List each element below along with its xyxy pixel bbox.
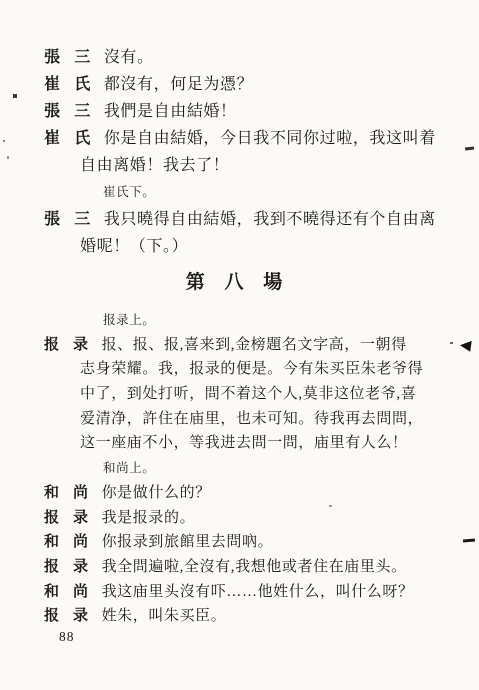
dialogue-line: 报 录报、报、报,喜来到,金榜題名文字高，一朝得 — [0, 333, 479, 358]
dialogue-line: 和 尚你是做什么的？ — [0, 481, 479, 506]
dialogue-line: 和 尚我这庙里头沒有吓……他姓什么，叫什么呀？ — [0, 580, 479, 605]
speaker-name: 張 三 — [44, 44, 91, 71]
scan-noise-dot — [13, 94, 17, 98]
dialogue-continuation-line: 自由离婚！我去了！ — [0, 152, 479, 179]
scan-noise-dot — [7, 156, 9, 159]
dialogue-continuation-line: 爱清净，許住在庙里，也未可知。待我再去問問， — [0, 407, 479, 432]
speaker-name: 張 三 — [44, 206, 91, 233]
speaker-name: 張 三 — [44, 98, 91, 125]
scene-heading: 第 八 場 — [0, 266, 479, 300]
dialogue-block-after-heading: 报录上。报 录报、报、报,喜来到,金榜題名文字高，一朝得志身荣耀。我，报录的便是… — [0, 308, 479, 629]
dialogue-text: 姓朱，叫朱买臣。 — [102, 608, 227, 624]
dialogue-line: 报 录我是报录的。 — [0, 506, 479, 531]
dialogue-text: 志身荣耀。我，报录的便是。今有朱买臣朱老爷得 — [80, 361, 423, 377]
scan-noise-dot — [450, 342, 453, 344]
dialogue-line: 报 录姓朱，叫朱买臣。 — [0, 604, 479, 629]
scanned-book-page: 張 三沒有。崔 氏都沒有，何足为憑？張 三我們是自由結婚！崔 氏你是自由結婚，今… — [0, 0, 479, 690]
speaker-name: 报 录 — [44, 506, 89, 531]
dialogue-line: 崔 氏你是自由結婚，今日我不同你过啦，我这叫着 — [0, 125, 479, 152]
dialogue-continuation-line: 中了，到处打听，問不着这个人,莫非这位老爷,喜 — [0, 382, 479, 407]
dialogue-line: 和 尚你报录到旅館里去問吶。 — [0, 530, 479, 555]
dialogue-continuation-line: 婚呢！（下。） — [0, 233, 479, 260]
dialogue-line: 張 三沒有。 — [0, 44, 479, 71]
dialogue-text: 中了，到处打听，問不着这个人,莫非这位老爷,喜 — [80, 386, 416, 402]
dialogue-line: 崔 氏都沒有，何足为憑？ — [0, 71, 479, 98]
speaker-name: 报 录 — [44, 333, 89, 358]
dialogue-text: 都沒有，何足为憑？ — [104, 76, 253, 93]
dialogue-block-before-heading: 張 三沒有。崔 氏都沒有，何足为憑？張 三我們是自由結婚！崔 氏你是自由結婚，今… — [0, 0, 479, 260]
speaker-name: 崔 氏 — [44, 125, 91, 152]
speaker-name: 和 尚 — [44, 580, 89, 605]
dialogue-text: 婚呢！（下。） — [80, 238, 188, 255]
dialogue-text: 你报录到旅館里去問吶。 — [102, 534, 274, 550]
speaker-name: 报 录 — [44, 604, 89, 629]
speaker-name: 和 尚 — [44, 481, 89, 506]
dialogue-line: 張 三我只曉得自由結婚，我到不曉得还有个自由离 — [0, 206, 479, 233]
dialogue-continuation-line: 这一座庙不小，等我进去問一問，庙里有人么！ — [0, 431, 479, 456]
dialogue-line: 張 三我們是自由結婚！ — [0, 98, 479, 125]
stage-direction-text: 和尚上。 — [103, 461, 155, 475]
dialogue-text: 我这庙里头沒有吓……他姓什么，叫什么呀？ — [102, 584, 414, 600]
margin-arrow-icon — [459, 339, 471, 351]
dialogue-text: 这一座庙不小，等我进去問一問，庙里有人么！ — [80, 435, 408, 451]
stage-direction-text: 报录上。 — [103, 313, 155, 327]
dialogue-continuation-line: 志身荣耀。我，报录的便是。今有朱买臣朱老爷得 — [0, 357, 479, 382]
dialogue-text: 你是自由結婚，今日我不同你过啦，我这叫着 — [104, 130, 436, 147]
dialogue-text: 爱清净，許住在庙里，也未可知。待我再去問問， — [80, 411, 423, 427]
stage-direction-text: 崔氏下。 — [103, 185, 155, 199]
dialogue-text: 报、报、报,喜来到,金榜題名文字高，一朝得 — [102, 337, 407, 353]
page-number: 88 — [59, 629, 75, 645]
dialogue-line: 报 录我全問遍啦,全沒有,我想他或者住在庙里头。 — [0, 555, 479, 580]
stage-direction: 崔氏下。 — [0, 179, 479, 206]
speaker-name: 和 尚 — [44, 530, 89, 555]
scan-noise-dot — [329, 505, 332, 507]
stage-direction: 和尚上。 — [0, 456, 479, 481]
dialogue-text: 我們是自由結婚！ — [104, 103, 237, 120]
speaker-name: 崔 氏 — [44, 71, 91, 98]
scan-noise-dot — [3, 140, 5, 142]
speaker-name: 报 录 — [44, 555, 89, 580]
dialogue-text: 我只曉得自由結婚，我到不曉得还有个自由离 — [104, 211, 436, 228]
dialogue-text: 我是报录的。 — [102, 510, 196, 526]
dialogue-text: 你是做什么的？ — [102, 485, 211, 501]
dialogue-text: 自由离婚！我去了！ — [80, 157, 229, 174]
dialogue-text: 沒有。 — [104, 49, 154, 66]
stage-direction: 报录上。 — [0, 308, 479, 333]
dialogue-text: 我全問遍啦,全沒有,我想他或者住在庙里头。 — [102, 559, 407, 575]
